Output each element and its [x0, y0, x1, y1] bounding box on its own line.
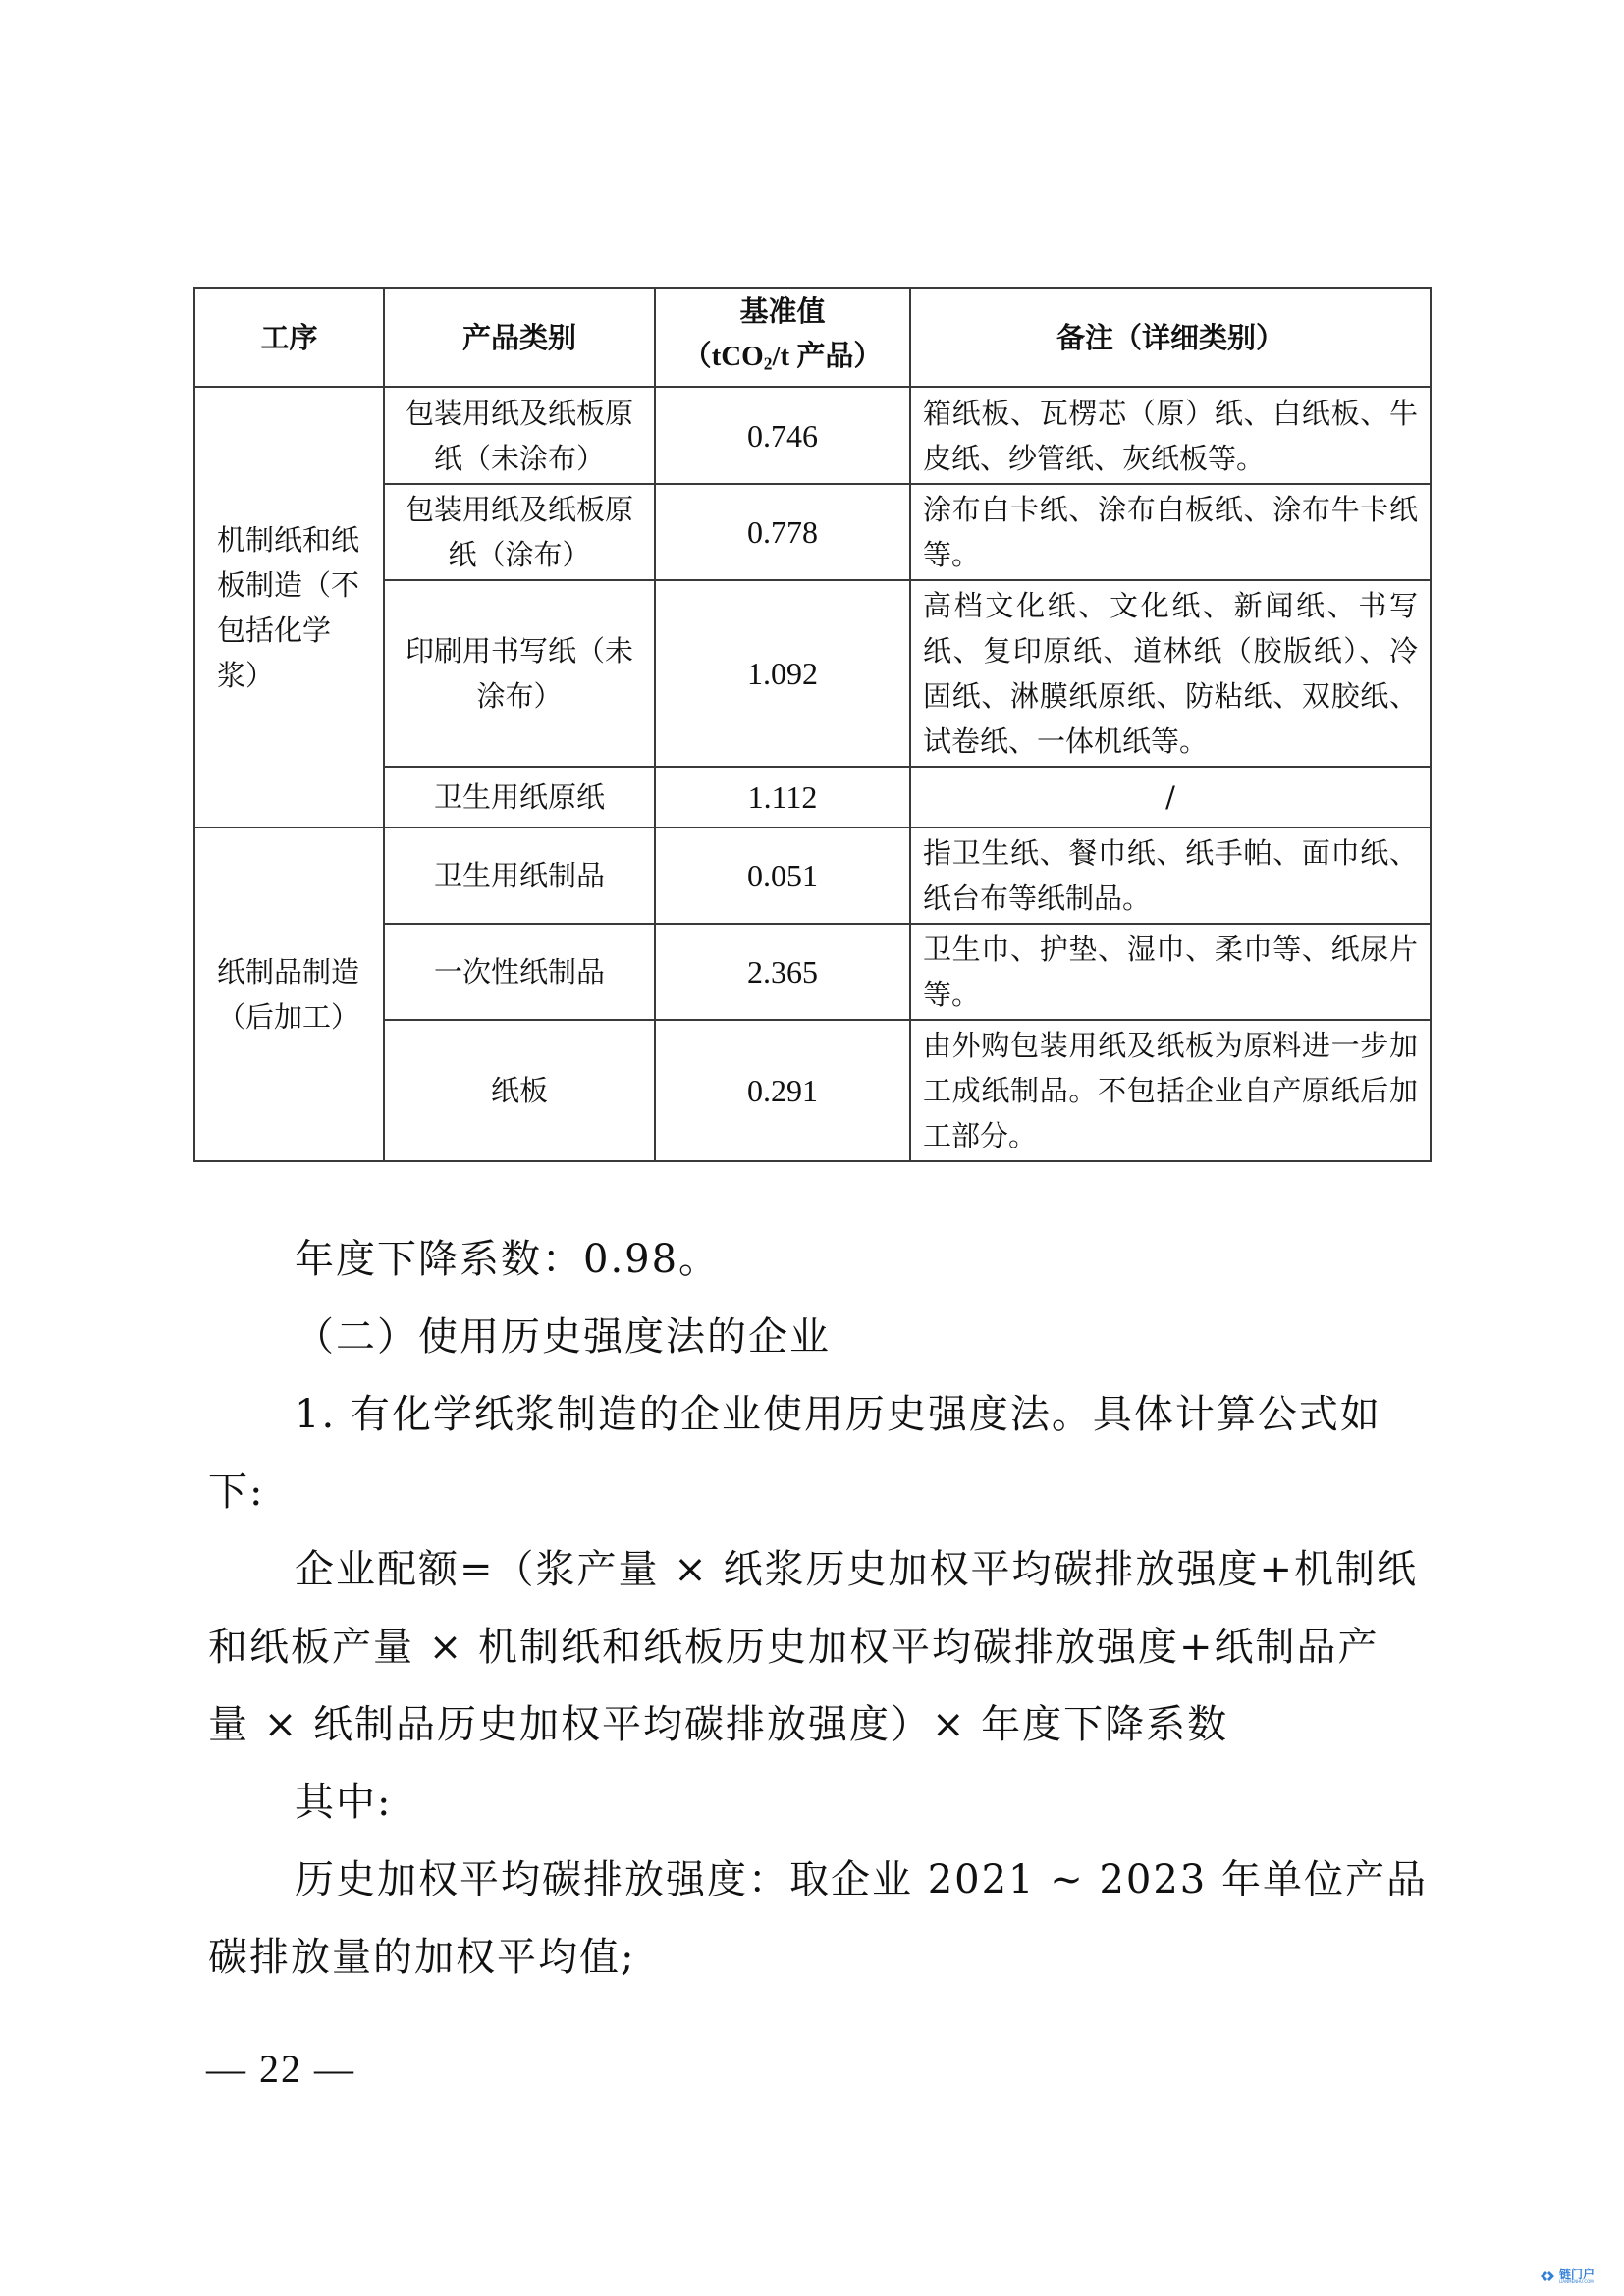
product-cell: 纸板 [384, 1020, 655, 1161]
value-cell: 0.746 [655, 387, 910, 484]
watermark: 链门户 LIANMENHU.COM [1540, 2269, 1595, 2284]
paragraph-line: 1. 有化学纸浆制造的企业使用历史强度法。具体计算公式如 [208, 1376, 1435, 1454]
unit-open: （tCO [683, 341, 764, 372]
formula-line: 和纸板产量 × 机制纸和纸板历史加权平均碳排放强度+纸制品产 [208, 1609, 1435, 1686]
product-cell: 一次性纸制品 [384, 924, 655, 1020]
note-cell: 指卫生纸、餐巾纸、纸手帕、面巾纸、纸台布等纸制品。 [910, 828, 1431, 924]
watermark-logo-icon [1540, 2269, 1555, 2283]
watermark-en: LIANMENHU.COM [1559, 2280, 1595, 2284]
note-cell: 箱纸板、瓦楞芯（原）纸、白纸板、牛皮纸、纱管纸、灰纸板等。 [910, 387, 1431, 484]
value-cell: 1.092 [655, 580, 910, 767]
stage-cell: 纸制品制造（后加工） [194, 828, 384, 1161]
value-cell: 1.112 [655, 767, 910, 828]
value-cell: 0.051 [655, 828, 910, 924]
header-note: 备注（详细类别） [910, 288, 1431, 387]
formula-line: 企业配额=（浆产量 × 纸浆历史加权平均碳排放强度+机制纸 [208, 1531, 1435, 1609]
product-cell: 包装用纸及纸板原纸（涂布） [384, 484, 655, 580]
value-cell: 0.291 [655, 1020, 910, 1161]
product-cell: 卫生用纸制品 [384, 828, 655, 924]
header-benchmark-unit: （tCO2/t 产品） [666, 334, 899, 386]
paragraph-line: 年度下降系数：0.98。 [208, 1221, 1435, 1299]
header-product: 产品类别 [384, 288, 655, 387]
note-cell: 高档文化纸、文化纸、新闻纸、书写纸、复印原纸、道林纸（胶版纸）、冷固纸、淋膜纸原… [910, 580, 1431, 767]
section-heading: （二）使用历史强度法的企业 [208, 1299, 1435, 1376]
table-row: 纸制品制造（后加工） 卫生用纸制品 0.051 指卫生纸、餐巾纸、纸手帕、面巾纸… [194, 828, 1431, 924]
table-row: 机制纸和纸板制造（不包括化学浆） 包装用纸及纸板原纸（未涂布） 0.746 箱纸… [194, 387, 1431, 484]
product-cell: 印刷用书写纸（未涂布） [384, 580, 655, 767]
header-benchmark-title: 基准值 [666, 289, 899, 334]
header-benchmark: 基准值 （tCO2/t 产品） [655, 288, 910, 387]
formula-line: 量 × 纸制品历史加权平均碳排放强度）× 年度下降系数 [208, 1686, 1435, 1764]
product-cell: 包装用纸及纸板原纸（未涂布） [384, 387, 655, 484]
note-cell: 涂布白卡纸、涂布白板纸、涂布牛卡纸等。 [910, 484, 1431, 580]
note-cell: 由外购包装用纸及纸板为原料进一步加工成纸制品。不包括企业自产原纸后加工部分。 [910, 1020, 1431, 1161]
unit-close: /t 产品） [772, 341, 882, 372]
header-stage: 工序 [194, 288, 384, 387]
note-cell: / [910, 767, 1431, 828]
product-cell: 卫生用纸原纸 [384, 767, 655, 828]
body-text: 年度下降系数：0.98。 （二）使用历史强度法的企业 1. 有化学纸浆制造的企业… [208, 1221, 1435, 1997]
paragraph-line: 历史加权平均碳排放强度：取企业 2021 ~ 2023 年单位产品 [208, 1842, 1435, 1919]
value-cell: 0.778 [655, 484, 910, 580]
note-cell: 卫生巾、护垫、湿巾、柔巾等、纸尿片等。 [910, 924, 1431, 1020]
table-header-row: 工序 产品类别 基准值 （tCO2/t 产品） 备注（详细类别） [194, 288, 1431, 387]
page-number: — 22 — [206, 2046, 355, 2092]
paragraph-line: 碳排放量的加权平均值; [208, 1919, 1435, 1997]
paragraph-line: 其中: [208, 1764, 1435, 1842]
benchmark-table: 工序 产品类别 基准值 （tCO2/t 产品） 备注（详细类别） 机制纸和纸板制… [193, 287, 1432, 1162]
paragraph-line: 下: [208, 1454, 1435, 1531]
stage-cell: 机制纸和纸板制造（不包括化学浆） [194, 387, 384, 828]
value-cell: 2.365 [655, 924, 910, 1020]
